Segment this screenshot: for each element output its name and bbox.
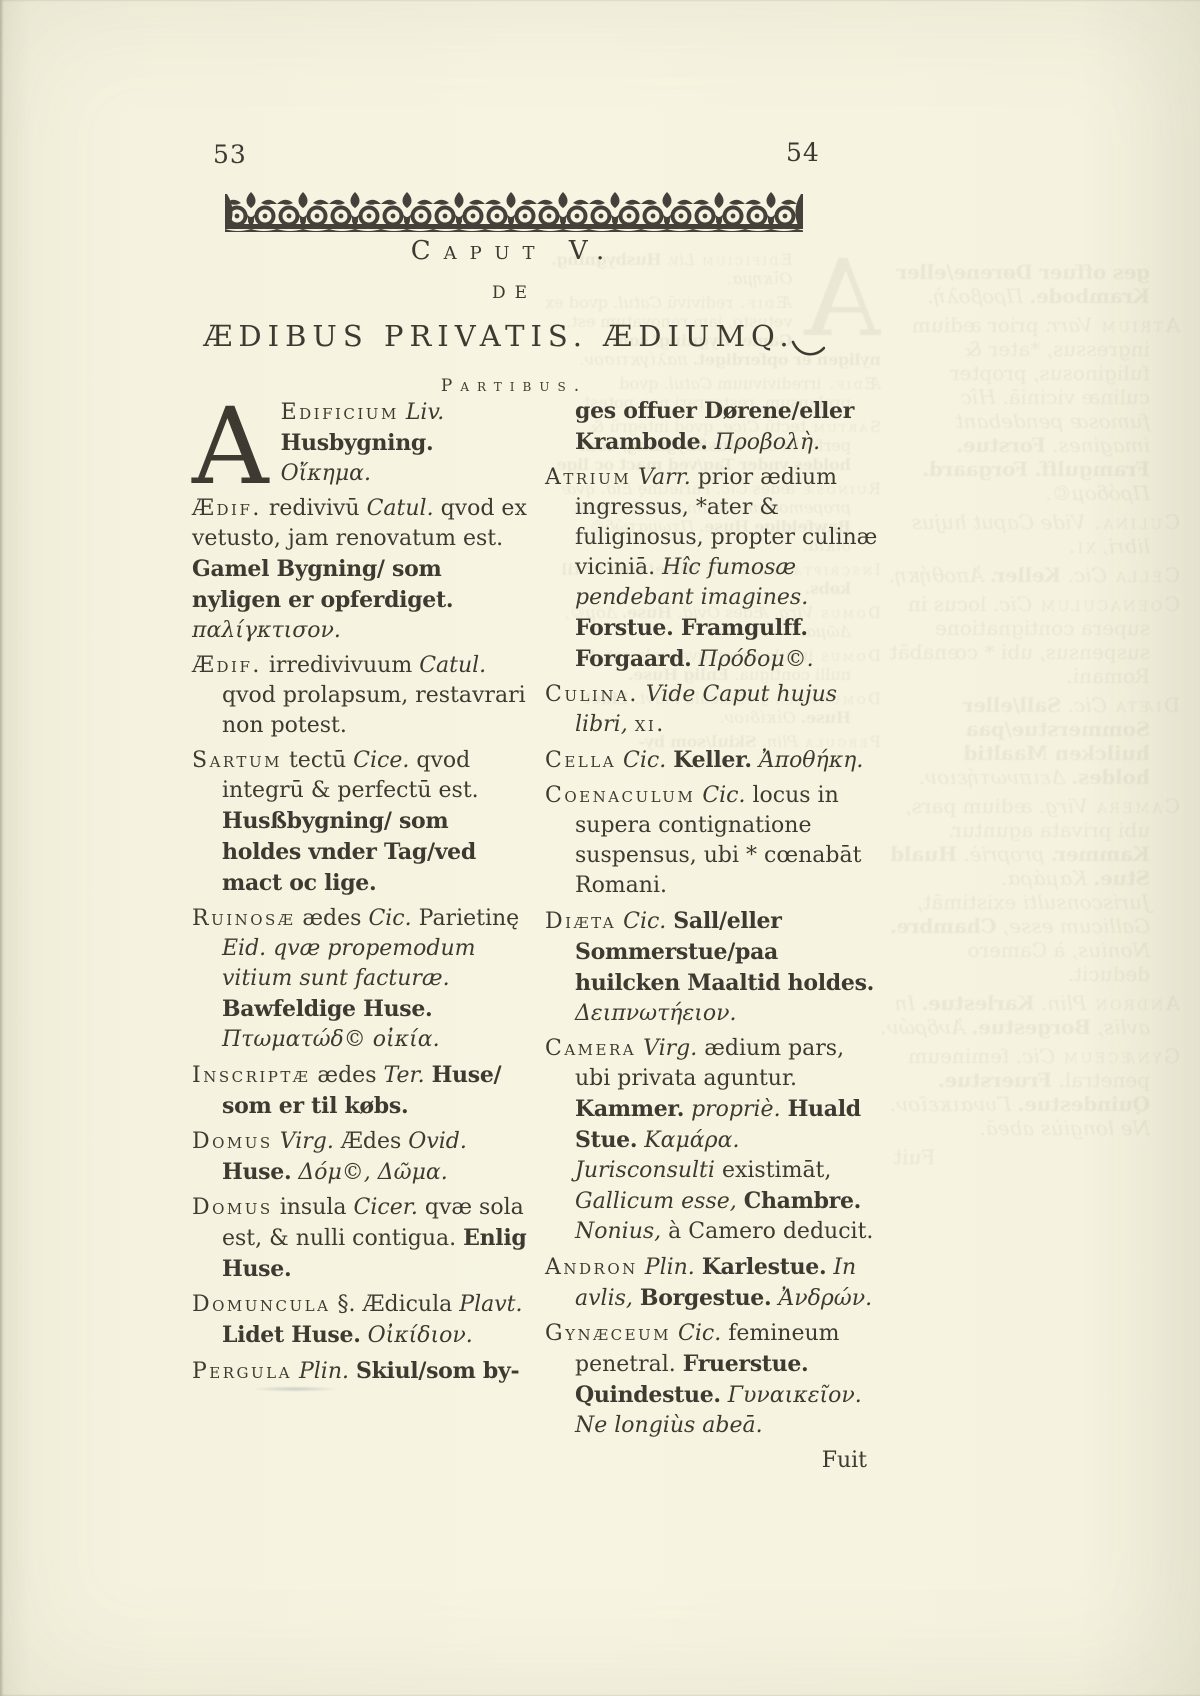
danish-blackletter: Sall/eller Sommerstue/paa huilcken Maalt… (575, 908, 874, 996)
greek-gloss: Ἀποθήκη. (759, 748, 864, 773)
latin-text: ædium pars, ubi privata aguntur. (905, 794, 1150, 842)
danish-blackletter: Skiul/som by- (356, 1358, 519, 1384)
danish-blackletter: Bawfeldige Huse. (222, 996, 432, 1022)
latin-italic: Varr. (638, 465, 691, 490)
latin-headword: Domus (192, 1129, 273, 1154)
latin-italic: Ne longiùs abeā. (575, 1413, 763, 1438)
latin-headword: Sartum (192, 748, 282, 773)
latin-headword: Camera (545, 1036, 636, 1061)
greek-gloss: Γυναικεῖον. (728, 1383, 862, 1408)
latin-headword: Coenaculum (1038, 592, 1180, 616)
latin-headword: Diæta (1113, 693, 1180, 717)
greek-gloss: Οἰκίδιον. (368, 1323, 473, 1348)
latin-italic: Virg. (1039, 794, 1088, 818)
dictionary-entry: Ruinosæ ædes Cic. Parietinę Eid. qvæ pro… (192, 904, 528, 1055)
dictionary-entry: Diæta Cic. Sall/eller Sommerstue/paa hui… (880, 693, 1180, 789)
greek-gloss: Καμάρα. (1001, 866, 1088, 890)
latin-headword: Atrium (545, 465, 631, 490)
dictionary-entry: Sartum tectū Cice. qvod integrū & perfec… (192, 746, 528, 899)
latin-italic: propriè. (691, 1097, 781, 1122)
danish-blackletter: Husßbygning/ som holdes vnder Tag/ved ma… (222, 808, 476, 896)
latin-italic: Catul. (367, 496, 434, 521)
right-text-column: ges offuer Dørene/eller Krambode. Προβολ… (545, 396, 881, 1481)
dictionary-entry: Inscriptæ ædes Ter. Huse/ som er til køb… (192, 1060, 528, 1122)
dictionary-entry: ges offuer Dørene/eller Krambode. Προβολ… (545, 396, 881, 458)
dictionary-entry: Culina. Vide Caput hujus libri, xi. (545, 680, 881, 740)
latin-headword: Culina. (545, 682, 639, 707)
danish-blackletter: Fruerstue. Quindestue. (938, 1068, 1150, 1116)
latin-headword: Coenaculum (545, 783, 695, 808)
latin-italic: Cic. (702, 783, 745, 808)
latin-italic: Liv. (406, 400, 444, 425)
dictionary-entry: Pergula Plin. Skiul/som by- (192, 1356, 528, 1387)
heading-de: DE (164, 283, 864, 303)
latin-text: redivivū (269, 496, 360, 521)
latin-italic: Cic. (623, 909, 666, 934)
dictionary-entry: Cella Cic. Keller. Ἀποθήκη. (880, 563, 1180, 587)
dictionary-entry: Ædif. redivivū Catul. qvod ex vetusto, j… (192, 494, 528, 646)
page-title: ÆDIBUS PRIVATIS. ÆDIUMQ. (164, 319, 864, 367)
latin-italic: In avlis, (895, 991, 1150, 1039)
catchword: Fuit (545, 1446, 881, 1476)
latin-headword: Domuncula (192, 1292, 330, 1317)
greek-gloss: Καμάρα. (644, 1128, 739, 1153)
page-number-left: 53 (213, 140, 247, 169)
bleedthrough-ghost-text: ges offuer Dørene/eller Krambode. Προβολ… (880, 260, 1180, 1310)
danish-blackletter: Lidet Huse. (222, 1322, 361, 1348)
latin-italic: Virg. (280, 1129, 334, 1154)
latin-text: qvod prolapsum, restavrari non potest. (222, 683, 526, 738)
latin-headword: Andron (1093, 991, 1180, 1015)
dictionary-entry: ges offuer Dørene/eller Krambode. Προβολ… (880, 260, 1180, 308)
greek-gloss: Δόμ©, Δῶμα. (298, 1160, 447, 1185)
latin-text: §. Ædicula (337, 1292, 452, 1317)
latin-italic: Cic. (1016, 1044, 1055, 1068)
dictionary-entry: Andron Plin. Karlestue. In avlis, Borges… (545, 1252, 881, 1314)
danish-blackletter: Huald Stue. (890, 842, 1150, 890)
dictionary-entry: Atrium Varr. prior ædium ingressus, *ate… (880, 313, 1180, 505)
greek-gloss: Ἀνδρών. (778, 1286, 872, 1311)
greek-gloss: Πτωματώδ© οἰκία. (222, 1027, 440, 1052)
latin-italic: Catul. (419, 653, 486, 678)
greek-gloss: Δειπνωτήειον. (575, 1001, 737, 1026)
dictionary-entry: Domus insula Cicer. qvæ sola est, & null… (192, 1193, 528, 1285)
greek-gloss: Δειπνωτήειον. (919, 765, 1066, 789)
floral-headpiece-ornament (225, 190, 803, 232)
greek-gloss: Προβολὴ. (715, 430, 820, 455)
latin-text: à Camero deducit. (967, 938, 1150, 986)
heading-subtitle: Partibus. (164, 376, 864, 396)
dictionary-entry: Andron Plin. Karlestue. In avlis, Borges… (880, 991, 1180, 1039)
latin-italic: Gallicum esse, (1003, 914, 1150, 938)
dictionary-entry: Coenaculum Cic. locus in supera contigna… (545, 781, 881, 901)
danish-blackletter: Forstue. Framgulff. Forgaard. (923, 433, 1150, 481)
latin-text: ædes (317, 1063, 376, 1088)
catchword: Fuit (880, 1145, 1180, 1169)
latin-italic: Ne longiùs abeā. (979, 1116, 1150, 1140)
latin-italic: Cice. (353, 748, 409, 773)
danish-blackletter: Chambre. (890, 914, 996, 938)
latin-headword: Camera (1094, 794, 1180, 818)
dictionary-entry: Coenaculum Cic. locus in supera contigna… (880, 592, 1180, 688)
ink-smudge (250, 1386, 340, 1392)
danish-blackletter: ges offuer Dørene/eller Krambode. (897, 260, 1150, 308)
danish-blackletter: Husbygning. (281, 430, 434, 456)
latin-italic: Plin. (645, 1255, 695, 1280)
danish-blackletter: Kammer. (575, 1096, 684, 1122)
latin-headword: Gynæceum (545, 1321, 671, 1346)
chapter-heading-block: Caput V. DE ÆDIBUS PRIVATIS. ÆDIUMQ. Par… (164, 236, 864, 396)
dictionary-entry: Gynæceum Cic. femineum penetral. Fruerst… (880, 1044, 1180, 1140)
latin-headword: Gynæceum (1061, 1044, 1180, 1068)
swash-flourish-icon (791, 333, 825, 367)
danish-blackletter: Gamel Bygning/ som nyligen er opferdiget… (192, 556, 453, 613)
latin-headword: Ædif. (192, 653, 262, 678)
latin-text: Parietinę (419, 906, 520, 931)
latin-italic: Nonius, (575, 1219, 661, 1244)
latin-italic: Eid. qvæ propemodum vitium sunt facturæ. (222, 936, 476, 991)
dictionary-entry: Ædif. irredivivuum Catul. qvod prolapsum… (192, 651, 528, 741)
latin-italic: Cic. (623, 748, 666, 773)
latin-text: ædes (302, 906, 361, 931)
danish-blackletter: Huse. (222, 1159, 291, 1185)
chapter-title: Caput V. (164, 236, 864, 266)
greek-gloss: Πρόδομ©. (1045, 481, 1150, 505)
latin-headword: Culina. (1092, 510, 1180, 534)
danish-blackletter: Karlestue. (922, 991, 1035, 1015)
dictionary-entry: Gynæceum Cic. femineum penetral. Fruerst… (545, 1319, 881, 1441)
latin-italic: Nonius, (1072, 938, 1150, 962)
latin-headword: xi. (635, 712, 666, 737)
latin-headword: Cella (1113, 563, 1180, 587)
latin-text: femineum penetral. (908, 1044, 1150, 1092)
dictionary-entry: Cella Cic. Keller. Ἀποθήκη. (545, 745, 881, 776)
danish-blackletter: Keller. (990, 563, 1061, 587)
latin-italic: Cic. (368, 906, 411, 931)
latin-headword: Cella (545, 748, 616, 773)
greek-gloss: Γυναικεῖον. (890, 1092, 1012, 1116)
latin-text: Ædes (341, 1129, 401, 1154)
latin-italic: Varr. (1045, 313, 1093, 337)
dictionary-entry: Diæta Cic. Sall/eller Sommerstue/paa hui… (545, 906, 881, 1029)
greek-gloss: Ἀνδρών. (880, 1015, 965, 1039)
latin-italic: Vide Caput hujus libri, (912, 510, 1150, 558)
dictionary-entry: Camera Virg. ædium pars, ubi privata agu… (880, 794, 1180, 986)
greek-gloss: παλίγκτισον. (192, 618, 341, 643)
latin-text: insula (280, 1195, 347, 1220)
latin-headword: Pergula (192, 1359, 292, 1384)
latin-text: existimāt, (722, 1158, 831, 1183)
latin-headword: Andron (545, 1255, 638, 1280)
latin-text: prior ædium ingressus, *ater & fuliginos… (912, 313, 1150, 409)
danish-blackletter: Borgestue. (972, 1015, 1091, 1039)
latin-headword: Ruinosæ (192, 906, 295, 931)
latin-italic: Cic. (1068, 693, 1107, 717)
latin-italic: Jurisconsulti (1023, 890, 1150, 914)
latin-text: locus in supera contignatione suspensus,… (890, 592, 1150, 688)
latin-text: existimāt, (917, 890, 1017, 914)
danish-blackletter: Keller. (673, 747, 751, 773)
latin-italic: Cic. (993, 592, 1032, 616)
latin-italic: propriè. (963, 842, 1044, 866)
greek-gloss: Οἴκημα. (281, 461, 371, 486)
page-title-text: ÆDIBUS PRIVATIS. ÆDIUMQ. (203, 319, 794, 353)
greek-gloss: Προβολὴ. (927, 284, 1023, 308)
latin-headword: Domus (192, 1195, 273, 1220)
latin-italic: Plin. (299, 1359, 349, 1384)
greek-gloss: Ἀποθήκη. (889, 563, 984, 587)
page-number-right: 54 (786, 138, 820, 167)
dictionary-entry: Culina. Vide Caput hujus libri, xi. (880, 510, 1180, 558)
dictionary-entry: Camera Virg. ædium pars, ubi privata agu… (545, 1034, 881, 1247)
latin-headword: Diæta (545, 909, 616, 934)
latin-italic: Plin. (1041, 991, 1087, 1015)
latin-headword: Ædif. (192, 496, 262, 521)
danish-blackletter: Chambre. (744, 1188, 861, 1214)
latin-italic: Ter. (383, 1063, 424, 1088)
latin-italic: Cicer. (354, 1195, 418, 1220)
dictionary-entry: Domus Virg. Ædes Ovid. Huse. Δόμ©, Δῶμα. (192, 1127, 528, 1188)
latin-italic: Cic. (1068, 563, 1107, 587)
latin-italic: Cic. (678, 1321, 721, 1346)
book-page: 53 54 (0, 0, 1200, 1696)
danish-blackletter: Karlestue. (702, 1254, 827, 1280)
left-text-column: AEdificium Liv. Husbygning. Οἴκημα. Ædif… (192, 398, 528, 1392)
latin-italic: Plavt. (459, 1292, 522, 1317)
latin-italic: Ovid. (408, 1129, 467, 1154)
latin-text: tectū (289, 748, 346, 773)
latin-headword: xi. (1066, 534, 1095, 558)
latin-text: à Camero deducit. (668, 1219, 873, 1244)
dictionary-entry: AEdificium Liv. Husbygning. Οἴκημα. (192, 398, 528, 489)
danish-blackletter: Borgestue. (640, 1285, 771, 1311)
latin-italic: Hîc fumosæ pendebant imagines. (955, 385, 1150, 457)
latin-headword: Atrium (1099, 313, 1180, 337)
latin-headword: Inscriptæ (192, 1063, 310, 1088)
latin-italic: Virg. (643, 1036, 697, 1061)
danish-blackletter: Kammer. (1051, 842, 1150, 866)
dictionary-entry: Domuncula §. Ædicula Plavt. Lidet Huse. … (192, 1290, 528, 1351)
latin-text: irredivivuum (269, 653, 412, 678)
danish-blackletter: Sall/eller Sommerstue/paa huilcken Maalt… (963, 693, 1150, 789)
latin-italic: Jurisconsulti (575, 1158, 715, 1183)
dictionary-entry: Atrium Varr. prior ædium ingressus, *ate… (545, 463, 881, 675)
latin-headword: Edificium (281, 400, 399, 425)
greek-gloss: Πρόδομ©. (699, 647, 814, 672)
latin-italic: Gallicum esse, (575, 1189, 737, 1214)
drop-cap-initial: A (192, 398, 281, 493)
